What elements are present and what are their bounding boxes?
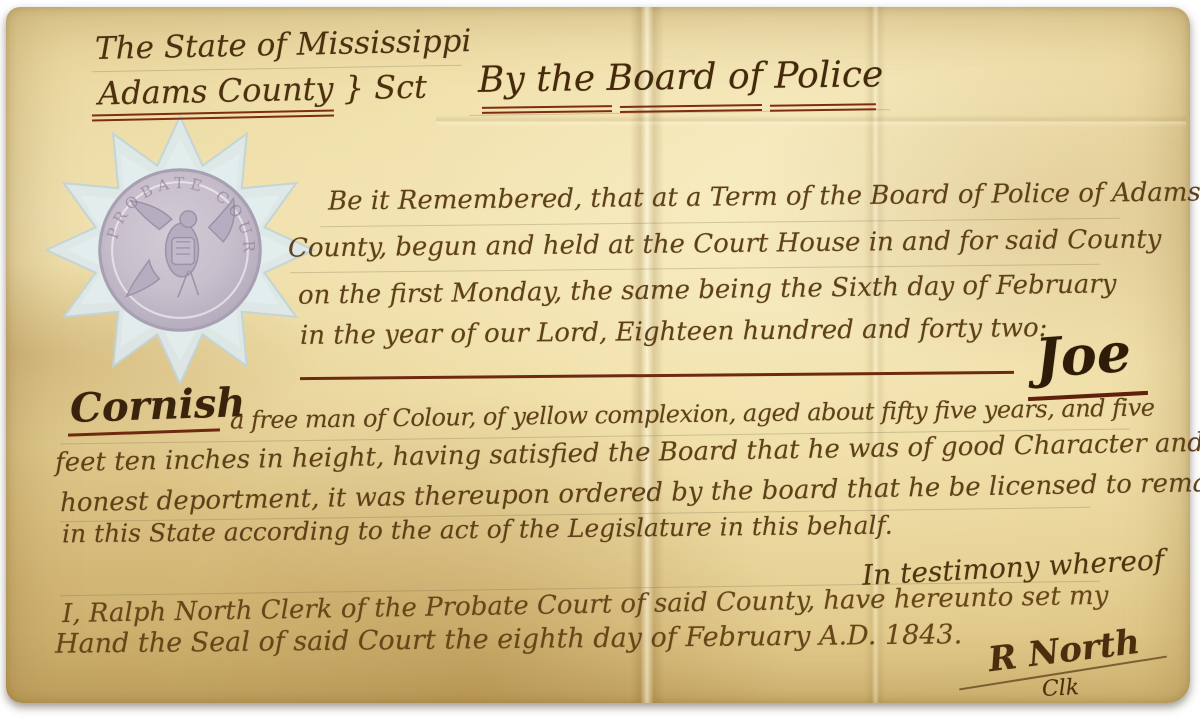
probate-court-seal: PROBATE COURT: [36, 106, 324, 394]
seal-graphic: PROBATE COURT: [36, 106, 324, 394]
subject-surname: Cornish: [69, 383, 246, 429]
document-title: By the Board of Police: [478, 57, 884, 99]
preamble-line: in the year of our Lord, Eighteen hundre…: [300, 315, 1048, 349]
subject-first-name: Joe: [1033, 325, 1132, 386]
header-county-line: Adams County } Sct: [98, 71, 428, 110]
horizontal-fold-crease: [436, 115, 1186, 127]
header-state-line: The State of Mississippi: [95, 26, 472, 65]
clerk-signature-title: Clk: [1041, 677, 1079, 701]
